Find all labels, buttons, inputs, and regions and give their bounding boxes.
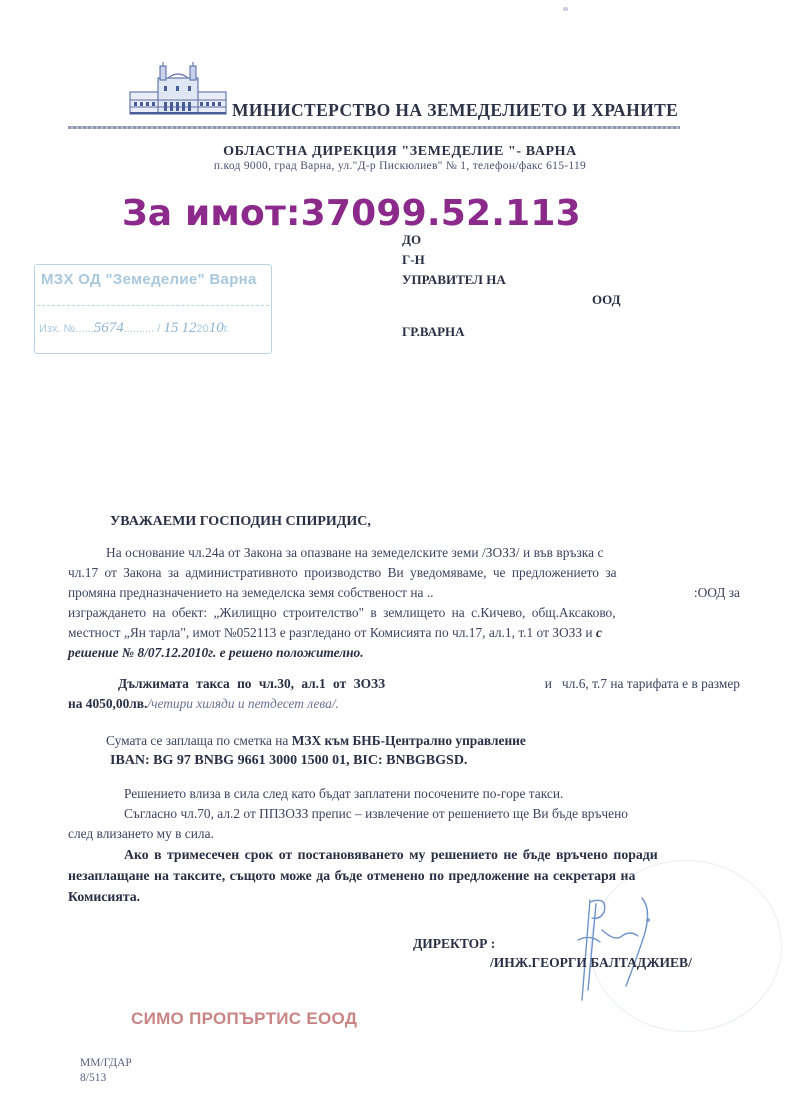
director-label: ДИРЕКТОР : — [413, 936, 495, 952]
p1-line5-bold: с — [596, 625, 602, 640]
addressee-company-suffix: ООД — [592, 292, 621, 308]
handwritten-signature-icon — [560, 890, 670, 1010]
p1-line2: чл.17 от Закона за административното про… — [68, 563, 740, 583]
scan-speck — [563, 7, 568, 11]
salutation: УВАЖАЕМИ ГОСПОДИН СПИРИДИС, — [110, 514, 371, 530]
p5-line1: Съгласно чл.70, ал.2 от ППЗОЗЗ препис – … — [68, 804, 740, 824]
p1-line5-text: местност „Ян тарла", имот №052113 е разг… — [68, 625, 596, 640]
stamp-divider — [37, 305, 269, 306]
bank-name: МЗХ към БНБ-Централно управление — [292, 733, 526, 748]
stamp-reg-number: 5674 — [94, 320, 124, 336]
stamp-date-day: 15 — [163, 320, 178, 336]
p1-line3: промяна предназначението на земеделска з… — [68, 583, 740, 603]
fee-amount-words: /четири хиляди и петдесет лева/. — [147, 696, 339, 711]
p1-line5: местност „Ян тарла", имот №052113 е разг… — [68, 623, 740, 643]
p4-line: Решението влиза в сила след като бъдат з… — [68, 784, 740, 804]
stamp-date-month: 12 — [182, 320, 197, 336]
p1-line1: На основание чл.24а от Закона за опазван… — [68, 543, 740, 563]
reference-number: 8/513 — [80, 1072, 106, 1084]
stamp-year-label: г. — [224, 323, 230, 335]
property-headline: За имот:37099.52.113 — [122, 193, 581, 234]
p2-line1: Дължимата такса по чл.30, ал.1 от ЗОЗЗ и… — [68, 674, 740, 694]
director-name: /ИНЖ.ГЕОРГИ БАЛТАДЖИЕВ/ — [490, 955, 692, 971]
bank-intro: Сумата се заплаща по сметка на — [106, 733, 292, 748]
stamp-title: МЗХ ОД "Земеделие" Варна — [41, 271, 257, 288]
stamp-reg-label: Изх. № — [39, 323, 75, 335]
paragraph-effect: Решението влиза в сила след като бъдат з… — [68, 784, 740, 844]
p1-line3-start: промяна предназначението на земеделска з… — [68, 583, 434, 603]
company-watermark: СИМО ПРОПЪРТИС ЕООД — [131, 1009, 357, 1029]
registration-stamp: МЗХ ОД "Земеделие" Варна Изх. №......567… — [34, 264, 272, 354]
addressee-city: ГР.ВАРНА — [402, 324, 465, 340]
p1-line3-end: :ООД за — [694, 583, 740, 603]
p3-line1: Сумата се заплаща по сметка на МЗХ към Б… — [68, 731, 740, 751]
ministry-name: МИНИСТЕРСТВО НА ЗЕМЕДЕЛИЕТО И ХРАНИТЕ — [232, 100, 678, 121]
stamp-date-year: 10 — [209, 320, 224, 336]
p2-line2: на 4050,00лв./четири хиляди и петдесет л… — [68, 694, 740, 714]
stamp-registration: Изх. №......5674.......... / 15 122010г. — [39, 320, 230, 337]
header-rule — [68, 126, 680, 129]
p6-line1: Ако в тримесечен срок от постановяването… — [68, 844, 740, 865]
addressee-to: ДО — [402, 232, 421, 248]
paragraph-bank: Сумата се заплаща по сметка на МЗХ към Б… — [68, 731, 740, 771]
addressee-mr: Г-Н — [402, 252, 425, 268]
paragraph-decision: На основание чл.24а от Закона за опазван… — [68, 543, 740, 663]
paragraph-fee: Дължимата такса по чл.30, ал.1 от ЗОЗЗ и… — [68, 674, 740, 714]
directorate-name: ОБЛАСТНА ДИРЕКЦИЯ "ЗЕМЕДЕЛИЕ "- ВАРНА — [0, 144, 800, 160]
fee-amount: на 4050,00лв. — [68, 696, 147, 711]
fee-legal-basis: Дължимата такса по чл.30, ал.1 от ЗОЗЗ — [118, 674, 385, 694]
decision-number: решение № 8/07.12.2010г. е решено положи… — [68, 643, 740, 663]
ministry-building-icon — [128, 62, 228, 118]
fee-tariff-basis: и чл.6, т.7 на тарифата е в размер — [538, 674, 740, 694]
directorate-address: п.код 9000, град Варна, ул."Д-р Пискюлие… — [0, 160, 800, 172]
p5-line2: след влизането му в сила. — [68, 824, 740, 844]
bank-iban: IBAN: BG 97 BNBG 9661 3000 1500 01, BIC:… — [68, 751, 740, 771]
reference-initials: ММ/ГДАР — [80, 1057, 132, 1069]
p1-line4: изграждането на обект: „Жилищно строител… — [68, 603, 740, 623]
addressee-manager-of: УПРАВИТЕЛ НА — [402, 272, 506, 288]
